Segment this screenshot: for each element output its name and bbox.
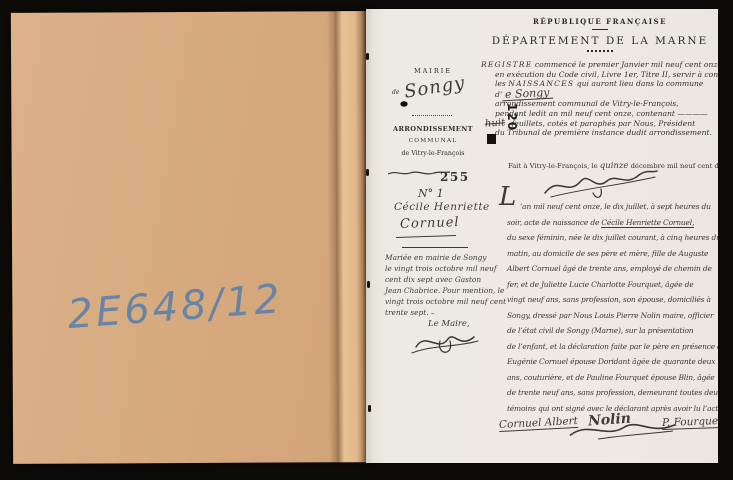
mention-line: cent dix sept avec Gaston [385,274,513,285]
act-number: N° 1 [418,187,444,200]
act-line: fer, et de Juliette Lucie Charlotte Four… [507,277,718,293]
mention-line: vingt trois octobre mil neuf cent [385,296,513,307]
binding-stitch [366,169,369,176]
feuillets-count-handwriting: huit [481,118,510,130]
arrondissement-place: de Vitry-le-François [388,150,478,157]
act-line: vingt neuf ans, sans profession, son épo… [507,292,718,308]
act-line: de l’état civil de Songy (Marne), sur la… [507,323,718,339]
preamble-line: REGISTRE commencé le premier Janvier mil… [481,60,718,70]
act-line: soir, acte de naissance de Cécile Henrie… [507,215,718,231]
separator-line [402,247,468,248]
binding-stitch [367,281,370,288]
preamble-line: d’e Songy [481,89,718,100]
name-underline [396,235,456,238]
preamble-line: arrondissement communal de Vitry-le-Fran… [481,99,718,109]
commune-handwriting: Songy [403,72,467,102]
preamble-line: huit feuillets, cotés et paraphés par No… [481,119,718,129]
marriage-mention-note: Mariée en mairie de Songy le vingt trois… [385,252,513,318]
president-signature-flourish [541,167,661,203]
act-line: de l’enfant, et la déclaration faite par… [507,339,718,355]
register-preamble: REGISTRE commencé le premier Janvier mil… [481,60,718,138]
department-heading: DÉPARTEMENT DE LA MARNE [470,35,718,47]
signature-witness: P. Fourquet [662,415,718,430]
cover-page: 2E648/12 [11,11,369,464]
archive-reference-handwriting: 2E648/12 [66,276,284,338]
register-page: RÉPUBLIQUE FRANÇAISE DÉPARTEMENT DE LA M… [366,9,718,463]
act-body-text: ’an mil neuf cent onze, le dix juillet, … [507,199,718,416]
ink-blot [400,101,408,107]
mention-line: Jean Chabrice. Pour mention, le [385,285,513,296]
cover-page-edge [327,11,369,462]
ornament-rule [592,29,608,30]
binding-stitch [368,405,371,412]
mention-line: trente sept. – [385,307,513,318]
child-name-underlined: Cécile Henriette Cornuel, [601,218,694,228]
mention-line: le vingt trois octobre mil neuf [385,263,513,274]
preamble-line: du Tribunal de première instance dudit a… [481,128,718,138]
act-line: matin, au domicile de ses père et mère, … [507,246,718,262]
arrondissement-label: ARRONDISSEMENT [388,125,478,133]
act-line: Songy, dressé par Nous Louis Pierre Noli… [507,308,718,324]
communal-label: COMMUNAL [388,138,478,144]
act-line: du sexe féminin, née le dix juillet cour… [507,230,718,246]
act-line: ’an mil neuf cent onze, le dix juillet, … [507,199,718,215]
signature-mayor: Nolin [587,411,631,430]
preamble-line: pendant ledit an mil neuf cent onze, con… [481,109,718,119]
binding-stitch [366,53,369,60]
act-line: Albert Cornuel âgé de trente ans, employ… [507,261,718,277]
republic-heading: RÉPUBLIQUE FRANÇAISE [478,17,718,26]
preamble-line: en exécution du Code civil, Livre 1er, T… [481,70,718,80]
de-label: de [392,89,399,96]
commune-handwriting-inline: e Songy [502,87,553,100]
act-name-line1: Cécile Henriette [394,201,490,213]
ornament-rule [587,50,613,52]
act-line: de trente neuf ans, sans profession, dem… [507,385,718,401]
scanned-register-spread: { "cover": { "reference": "2E648/12" }, … [0,0,733,480]
act-line: ans, couturière, et de Pauline Fourquet … [507,370,718,386]
act-line: Eugénie Cornuel épouse Doridant âgée de … [507,354,718,370]
act-name-line2: Cornuel [400,215,460,232]
ornament-rule [412,115,452,116]
mayor-signature-flourish [410,327,480,359]
sheet-number: 255 [440,170,470,184]
mention-line: Mariée en mairie de Songy [385,252,513,263]
